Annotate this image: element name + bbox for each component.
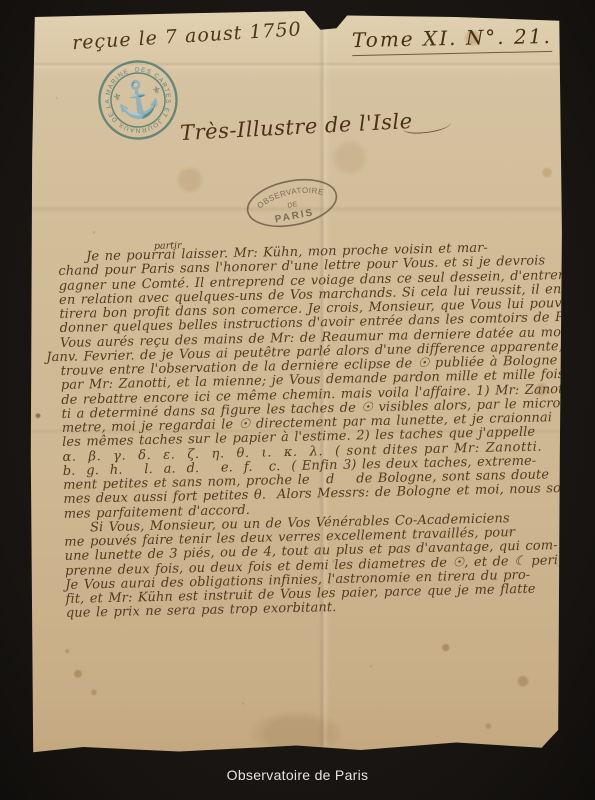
obs-stamp-mid-text: DE [287, 201, 298, 210]
letter-body: partir Je ne pourrai laisser. Mr: Kühn, … [58, 240, 566, 621]
marine-depot-stamp: DES CARTES ET JOURNAUX DE LA MARINE ⚓ ⚜ … [89, 51, 186, 148]
letter-page: reçue le 7 aoust 1750 Tome XI. N°. 21. D… [30, 8, 563, 756]
observatoire-paris-stamp: OBSERVATOIRE DE PARIS [238, 167, 346, 239]
received-date-note: reçue le 7 aoust 1750 [72, 16, 343, 54]
fleur-de-lis-icon: ⚜ [112, 92, 123, 104]
volume-number-note: Tome XI. N°. 21. [352, 24, 552, 56]
fleur-de-lis-icon: ⚜ [151, 85, 162, 97]
photograph: reçue le 7 aoust 1750 Tome XI. N°. 21. D… [0, 0, 595, 800]
interline-insertion: partir [154, 240, 182, 252]
obs-stamp-bottom-text: PARIS [274, 207, 315, 225]
photo-caption: Observatoire de Paris [0, 767, 595, 783]
salutation: Très-Illustre de l'Isle [180, 109, 414, 145]
